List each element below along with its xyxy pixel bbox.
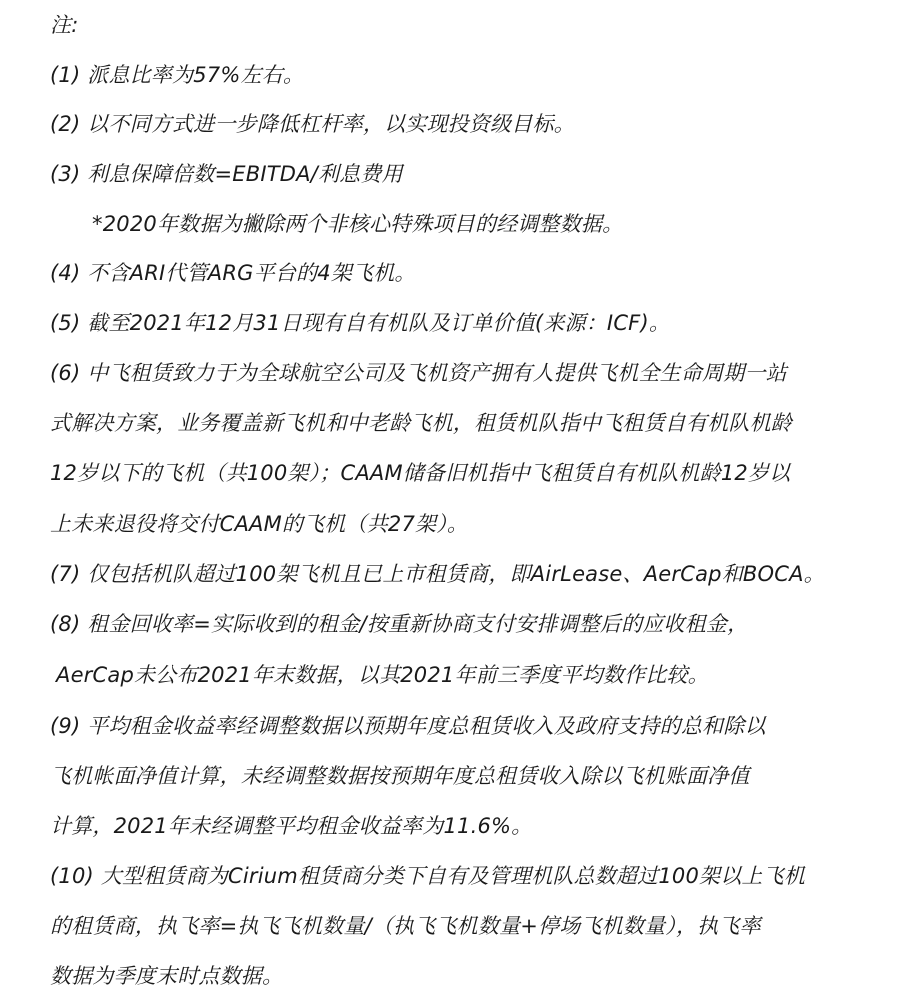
note-9: (9) 平均租金收益率经调整数据以预期年度总租赁收入及政府支持的总和除以 bbox=[50, 712, 766, 740]
note-6: (6) 中飞租赁致力于为全球航空公司及飞机资产拥有人提供飞机全生命周期一站 bbox=[50, 359, 787, 387]
note-10-line-2: 的租赁商，执飞率=执飞飞机数量/（执飞飞机数量+停场飞机数量），执飞率 bbox=[50, 912, 761, 940]
note-6-line-2: 式解决方案，业务覆盖新飞机和中老龄飞机，租赁机队指中飞租赁自有机队机龄 bbox=[50, 409, 792, 437]
note-1: (1) 派息比率为57%左右。 bbox=[50, 61, 304, 89]
note-4: (4) 不含ARI代管ARG平台的4架飞机。 bbox=[50, 259, 416, 287]
note-9-line-3: 计算，2021年未经调整平均租金收益率为11.6%。 bbox=[50, 812, 532, 840]
note-8-line-2: AerCap未公布2021年末数据，以其2021年前三季度平均数作比较。 bbox=[56, 661, 709, 689]
note-10-line-3: 数据为季度末时点数据。 bbox=[50, 962, 283, 990]
note-10: (10) 大型租赁商为Cirium租赁商分类下自有及管理机队总数超过100架以上… bbox=[50, 862, 805, 890]
note-9-line-2: 飞机帐面净值计算，未经调整数据按预期年度总租赁收入除以飞机账面净值 bbox=[50, 762, 750, 790]
note-5: (5) 截至2021年12月31日现有自有机队及订单价值(来源：ICF)。 bbox=[50, 309, 670, 337]
note-8: (8) 租金回收率=实际收到的租金/按重新协商支付安排调整后的应收租金， bbox=[50, 610, 748, 638]
notes-heading: 注: bbox=[50, 11, 78, 39]
note-2: (2) 以不同方式进一步降低杠杆率，以实现投资级目标。 bbox=[50, 110, 575, 138]
note-7: (7) 仅包括机队超过100架飞机且已上市租赁商，即AirLease、AerCa… bbox=[50, 560, 825, 588]
note-6-line-3: 12岁以下的飞机（共100架）；CAAM储备旧机指中飞租赁自有机队机龄12岁以 bbox=[50, 459, 790, 487]
note-3-subnote: *2020年数据为撇除两个非核心特殊项目的经调整数据。 bbox=[92, 210, 623, 238]
note-6-line-4: 上未来退役将交付CAAM的飞机（共27架）。 bbox=[50, 510, 468, 538]
footnotes-page: 注: (1) 派息比率为57%左右。 (2) 以不同方式进一步降低杠杆率，以实现… bbox=[0, 0, 917, 1007]
note-3: (3) 利息保障倍数=EBITDA/利息费用 bbox=[50, 160, 403, 188]
